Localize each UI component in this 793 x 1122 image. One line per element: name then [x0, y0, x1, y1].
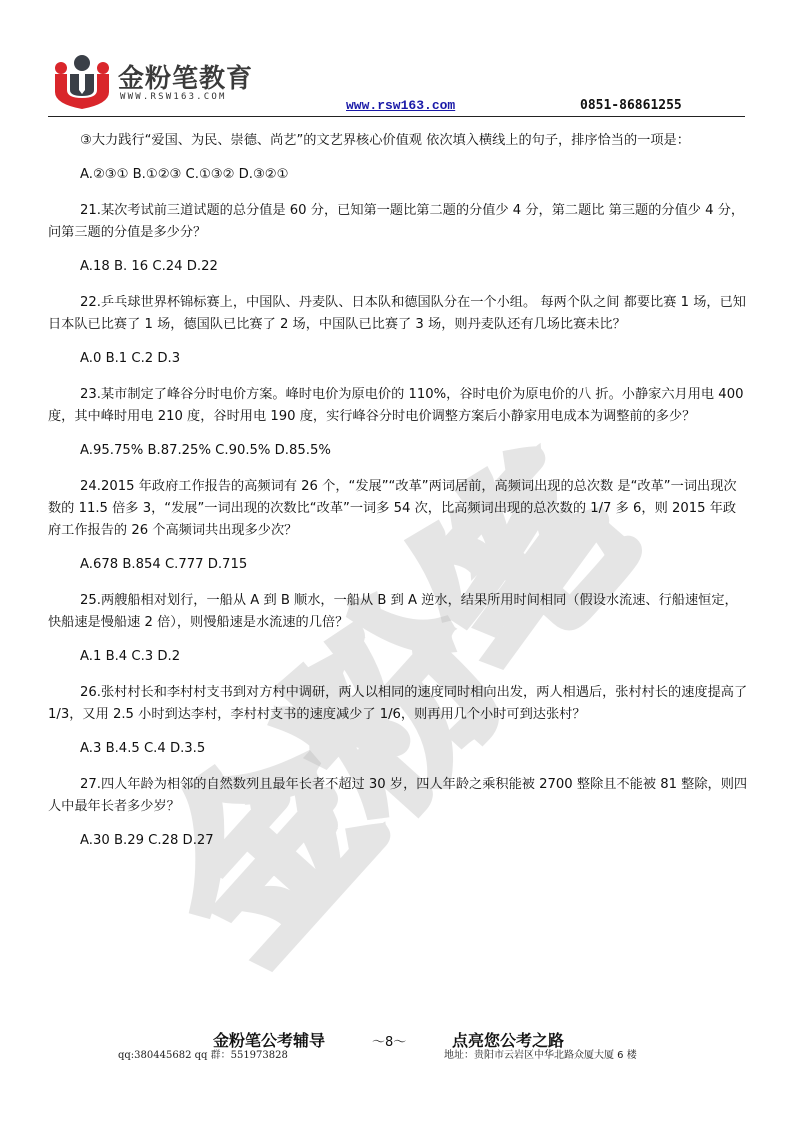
question-text: 22.乒乓球世界杯锦标赛上，中国队、丹麦队、日本队和德国队分在一个小组。 每两个… — [48, 292, 748, 336]
question-options: A.18 B. 16 C.24 D.22 — [48, 256, 748, 278]
question-27: 27.四人年龄为相邻的自然数列且最年长者不超过 30 岁，四人年龄之乘积能被 2… — [48, 774, 748, 852]
question-text: 24.2015 年政府工作报告的高频词有 26 个，“发展”“改革”两词居前，高… — [48, 476, 748, 542]
question-options: A.②③① B.①②③ C.①③② D.③②① — [48, 164, 748, 186]
question-options: A.678 B.854 C.777 D.715 — [48, 554, 748, 576]
question-22: 22.乒乓球世界杯锦标赛上，中国队、丹麦队、日本队和德国队分在一个小组。 每两个… — [48, 292, 748, 370]
question-options: A.3 B.4.5 C.4 D.3.5 — [48, 738, 748, 760]
question-text: 23.某市制定了峰谷分时电价方案。峰时电价为原电价的 110%，谷时电价为原电价… — [48, 384, 748, 428]
question-fragment-text: ③大力践行“爱国、为民、崇德、尚艺”的文艺界核心价值观 依次填入横线上的句子，排… — [48, 130, 748, 152]
document-body: ③大力践行“爱国、为民、崇德、尚艺”的文艺界核心价值观 依次填入横线上的句子，排… — [48, 130, 748, 866]
phone-number: 0851-86861255 — [580, 98, 682, 113]
question-options: A.30 B.29 C.28 D.27 — [48, 830, 748, 852]
website-link[interactable]: www.rsw163.com — [346, 98, 455, 113]
brand-name: 金粉笔教育 — [118, 58, 253, 95]
question-options: A.0 B.1 C.2 D.3 — [48, 348, 748, 370]
question-text: 27.四人年龄为相邻的自然数列且最年长者不超过 30 岁，四人年龄之乘积能被 2… — [48, 774, 748, 818]
question-21: 21.某次考试前三道试题的总分值是 60 分，已知第一题比第二题的分值少 4 分… — [48, 200, 748, 278]
footer-qq-contact: qq:380445682 qq 群：551973828 — [118, 1046, 288, 1061]
header-divider — [48, 116, 745, 117]
page-number: ～8～ — [372, 1031, 406, 1050]
question-26: 26.张村村长和李村村支书到对方村中调研，两人以相同的速度同时相向出发，两人相遇… — [48, 682, 748, 760]
question-options: A.95.75% B.87.25% C.90.5% D.85.5% — [48, 440, 748, 462]
question-text: 21.某次考试前三道试题的总分值是 60 分，已知第一题比第二题的分值少 4 分… — [48, 200, 748, 244]
brand-url: WWW.RSW163.COM — [120, 92, 227, 102]
question-options: A.1 B.4 C.3 D.2 — [48, 646, 748, 668]
question-25: 25.两艘船相对划行，一船从 A 到 B 顺水，一船从 B 到 A 逆水，结果所… — [48, 590, 748, 668]
question-23: 23.某市制定了峰谷分时电价方案。峰时电价为原电价的 110%，谷时电价为原电价… — [48, 384, 748, 462]
footer-address: 地址：贵阳市云岩区中华北路众厦大厦 6 楼 — [444, 1046, 637, 1061]
question-text: 25.两艘船相对划行，一船从 A 到 B 顺水，一船从 B 到 A 逆水，结果所… — [48, 590, 748, 634]
brand-logo-icon — [52, 54, 112, 110]
page-header: 金粉笔教育 WWW.RSW163.COM www.rsw163.com 0851… — [48, 50, 745, 116]
question-text: 26.张村村长和李村村支书到对方村中调研，两人以相同的速度同时相向出发，两人相遇… — [48, 682, 748, 726]
question-24: 24.2015 年政府工作报告的高频词有 26 个，“发展”“改革”两词居前，高… — [48, 476, 748, 576]
